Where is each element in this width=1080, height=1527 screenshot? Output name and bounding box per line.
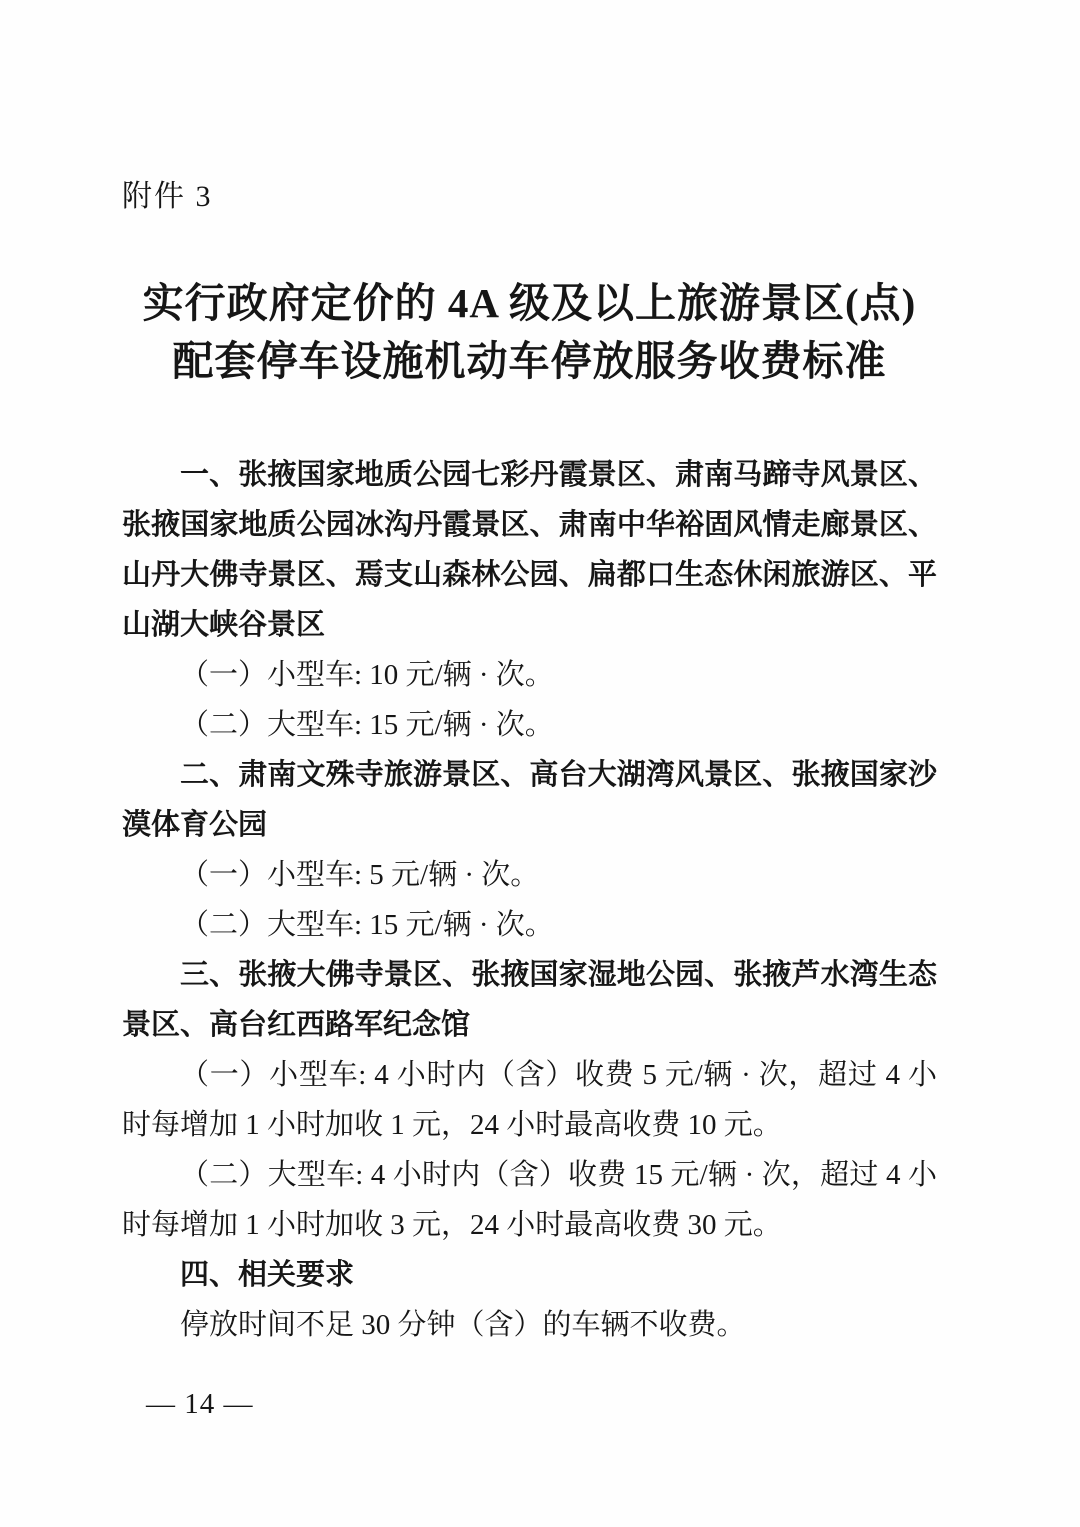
document-page: 附件 3 实行政府定价的 4A 级及以上旅游景区(点) 配套停车设施机动车停放服…	[0, 0, 1080, 1527]
section-1-item-small-vehicle: （一）小型车: 10 元/辆 · 次。	[122, 650, 937, 700]
page-number: — 14 —	[146, 1388, 254, 1421]
section-3-heading: 三、张掖大佛寺景区、张掖国家湿地公园、张掖芦水湾生态景区、高台红西路军纪念馆	[122, 950, 937, 1050]
section-1-heading: 一、张掖国家地质公园七彩丹霞景区、肃南马蹄寺风景区、张掖国家地质公园冰沟丹霞景区…	[122, 450, 937, 650]
document-title-line1: 实行政府定价的 4A 级及以上旅游景区(点)	[122, 274, 937, 332]
section-1-item-large-vehicle: （二）大型车: 15 元/辆 · 次。	[122, 700, 937, 750]
section-2-heading: 二、肃南文殊寺旅游景区、高台大湖湾风景区、张掖国家沙漠体育公园	[122, 750, 937, 850]
section-2-item-large-vehicle: （二）大型车: 15 元/辆 · 次。	[122, 900, 937, 950]
section-4-heading: 四、相关要求	[122, 1250, 937, 1300]
section-2-item-small-vehicle: （一）小型车: 5 元/辆 · 次。	[122, 850, 937, 900]
section-3-item-large-vehicle: （二）大型车: 4 小时内（含）收费 15 元/辆 · 次，超过 4 小时每增加…	[122, 1150, 937, 1250]
document-body: 一、张掖国家地质公园七彩丹霞景区、肃南马蹄寺风景区、张掖国家地质公园冰沟丹霞景区…	[122, 450, 937, 1350]
document-title-line2: 配套停车设施机动车停放服务收费标准	[122, 332, 937, 390]
attachment-label: 附件 3	[122, 176, 937, 218]
section-3-item-small-vehicle: （一）小型车: 4 小时内（含）收费 5 元/辆 · 次，超过 4 小时每增加 …	[122, 1050, 937, 1150]
document-title: 实行政府定价的 4A 级及以上旅游景区(点) 配套停车设施机动车停放服务收费标准	[122, 274, 937, 390]
section-4-item-free-parking-rule: 停放时间不足 30 分钟（含）的车辆不收费。	[122, 1300, 937, 1350]
document-content: 附件 3 实行政府定价的 4A 级及以上旅游景区(点) 配套停车设施机动车停放服…	[122, 0, 937, 1350]
